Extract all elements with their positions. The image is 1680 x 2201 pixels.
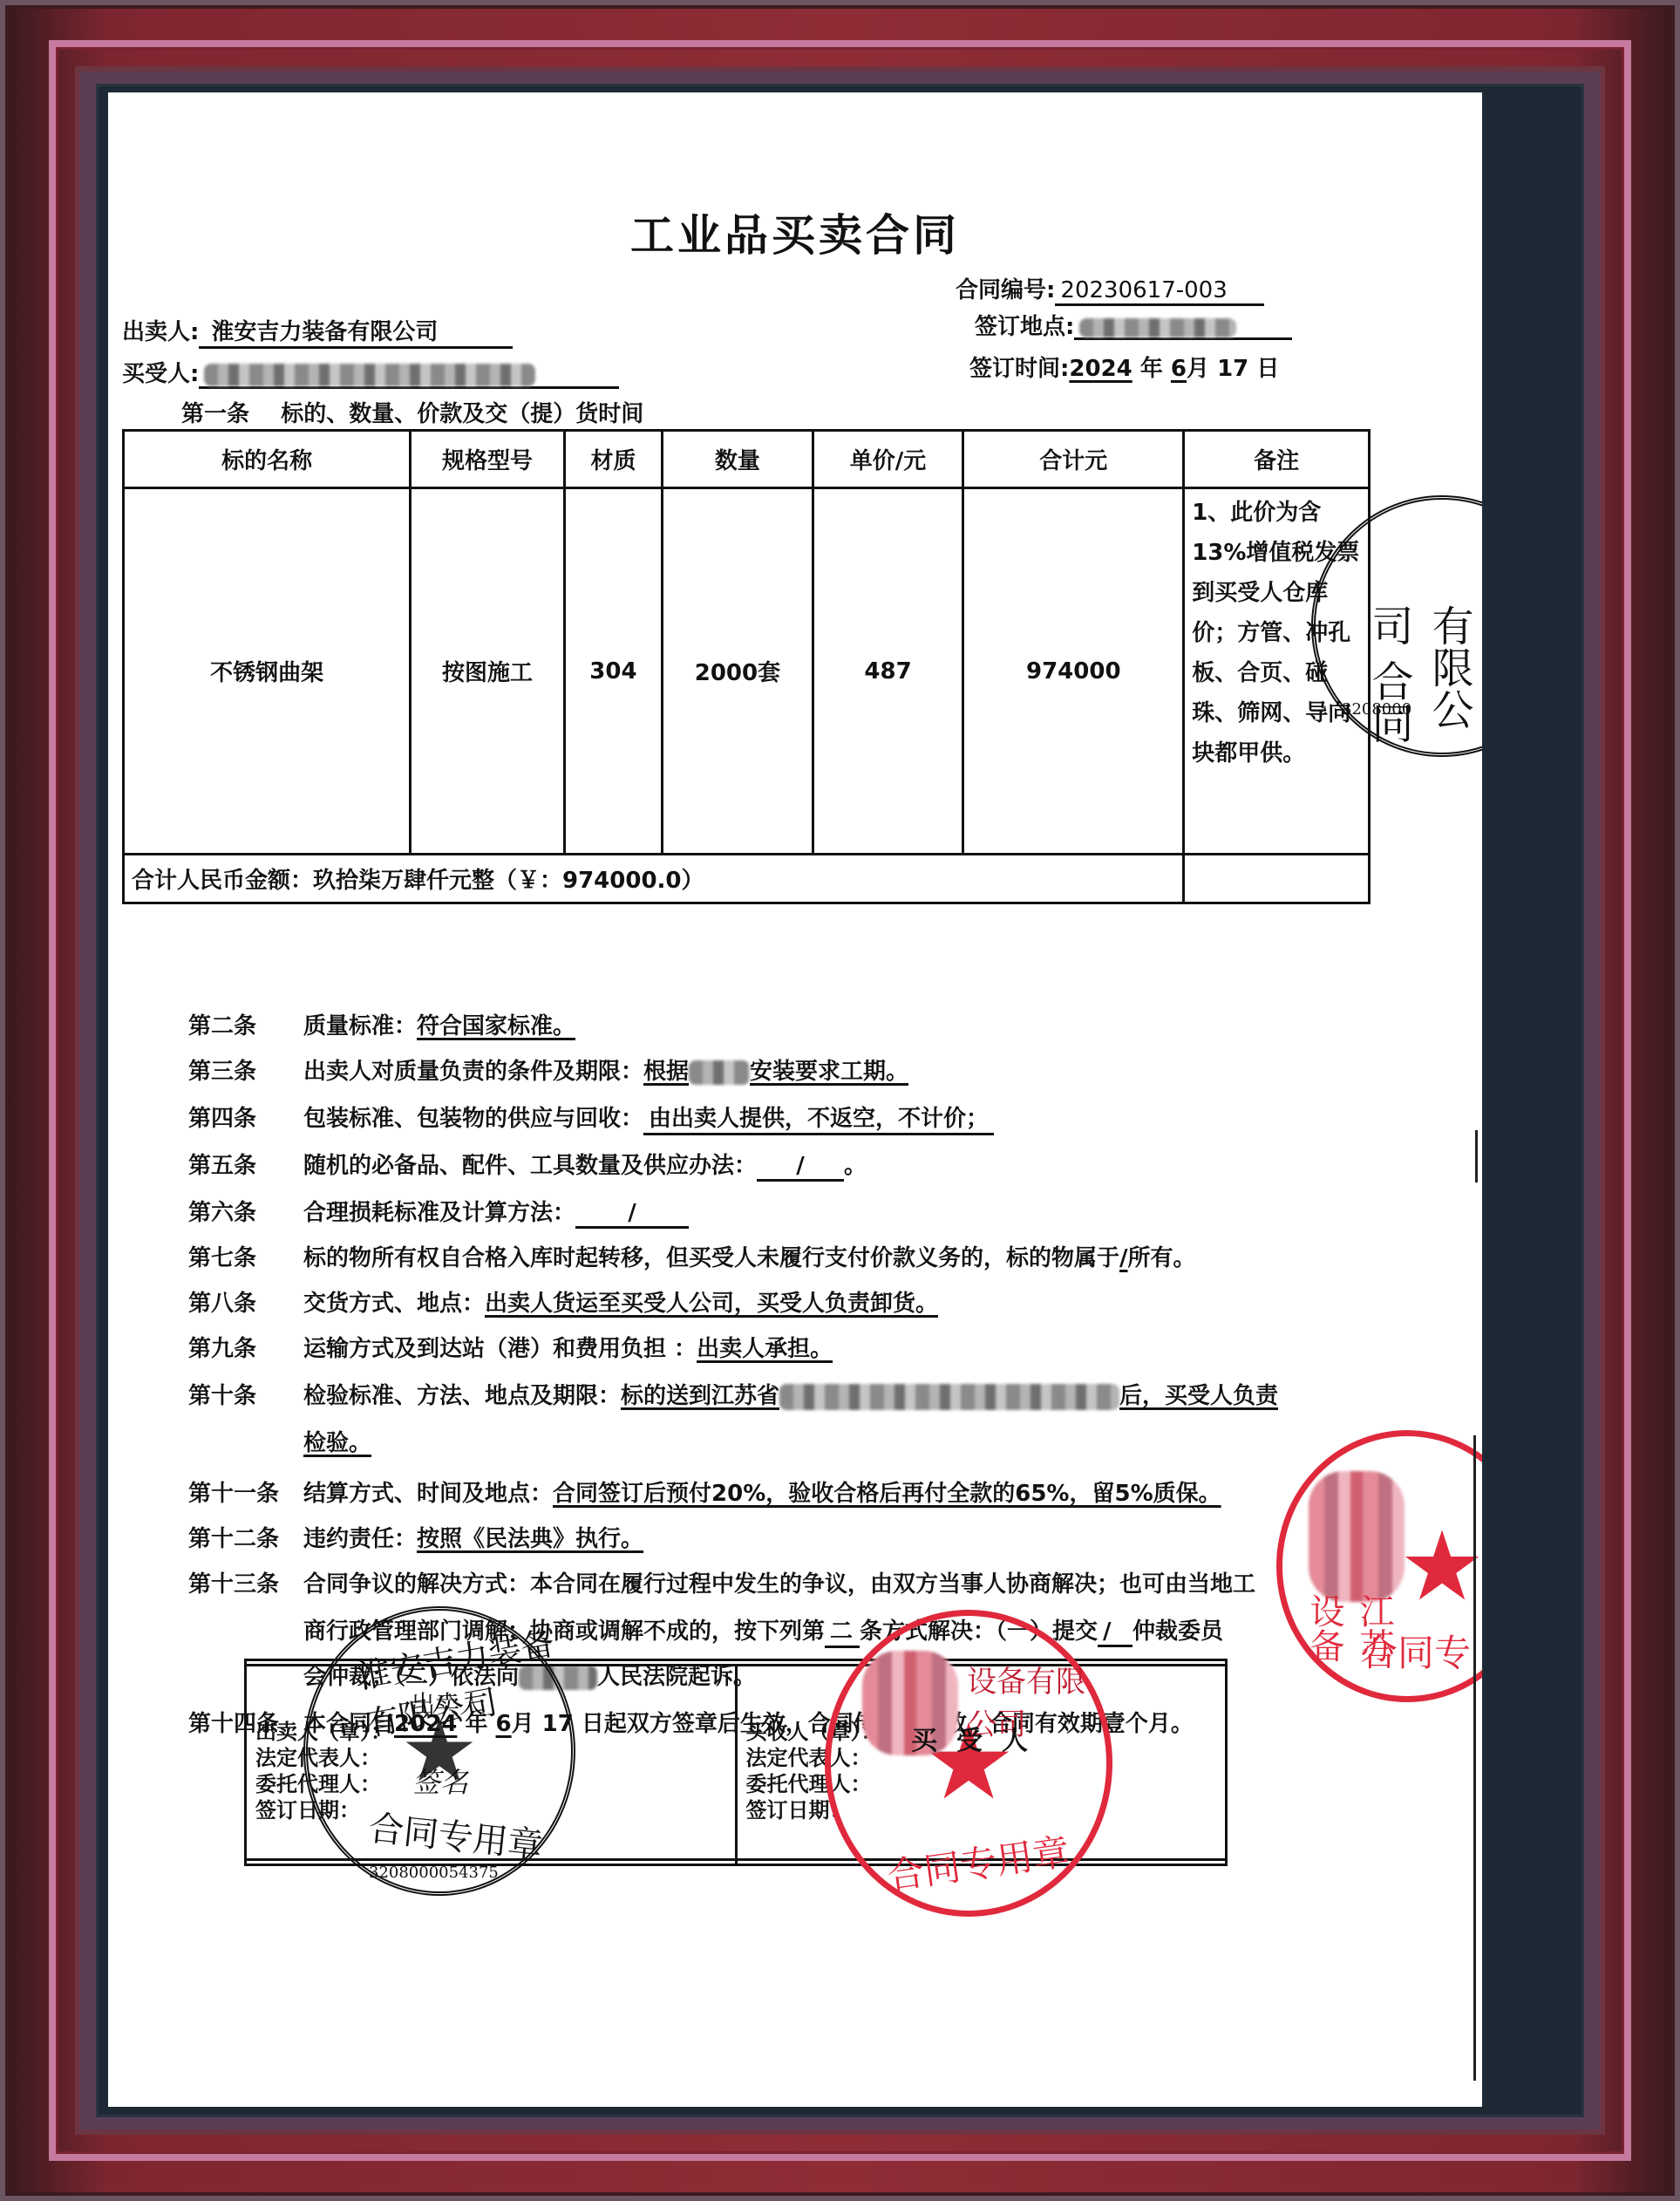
- seal-purpose-text: 合同专: [1361, 1625, 1471, 1677]
- clause-value: 按照《民法典》执行。: [417, 1526, 643, 1552]
- clause-value: 由出卖人提供，不返空，不计价；: [643, 1100, 994, 1135]
- clause-10-line2: 检验。: [188, 1425, 371, 1457]
- clause-label: 合理损耗标准及计算方法：: [303, 1200, 575, 1226]
- col-header-spec: 规格型号: [411, 431, 565, 488]
- seal-code: 3208000054375: [369, 1864, 499, 1882]
- contract-number-label: 合同编号:: [956, 277, 1055, 303]
- clause-value: /: [575, 1200, 689, 1229]
- col-header-unit-price: 单价/元: [813, 431, 963, 488]
- clause-value: 标的送到江苏省: [621, 1383, 779, 1409]
- sign-place: 签订地点:: [975, 309, 1292, 341]
- buyer-label: 买受人:: [122, 361, 199, 387]
- clause-number: 第十二条: [188, 1521, 303, 1553]
- clause-7: 第七条标的物所有权自合格入库时起转移，但买受人未履行支付价款义务的，标的物属于/…: [188, 1240, 1196, 1272]
- year-unit: 年: [1140, 356, 1163, 382]
- seal-role-text: 买受人: [911, 1719, 1047, 1757]
- clause-suffix: 。: [844, 1153, 867, 1179]
- buyer-name: [199, 361, 619, 389]
- contract-number: 合同编号:20230617-003: [956, 272, 1264, 306]
- clause-9: 第九条运输方式及到达站（港）和费用负担 ：出卖人承担。: [188, 1331, 833, 1363]
- cell-name: 不锈钢曲架: [124, 488, 411, 855]
- contract-number-value: 20230617-003: [1055, 277, 1264, 306]
- clause-label: 违约责任：: [303, 1526, 417, 1552]
- clause-number: 第七条: [188, 1240, 303, 1272]
- clause-number: 第三条: [188, 1053, 303, 1086]
- clause-value: 后，买受人负责: [1119, 1383, 1278, 1409]
- clause-11: 第十一条结算方式、时间及地点：合同签订后预付20%，验收合格后再付全款的65%，…: [188, 1475, 1221, 1508]
- clause-label: 随机的必备品、配件、工具数量及供应办法：: [303, 1153, 757, 1179]
- seal-purpose-text: 合同专用章: [884, 1823, 1072, 1901]
- clause-6: 第六条合理损耗标准及计算方法：/: [188, 1195, 689, 1229]
- total-note-empty: [1184, 855, 1370, 903]
- clause-value: /: [1119, 1245, 1128, 1271]
- clause-number: 第九条: [188, 1331, 303, 1363]
- document-title: 工业品买卖合同: [108, 201, 1482, 263]
- handwritten-signature: 签名: [412, 1761, 468, 1801]
- sign-place-value: [1074, 314, 1292, 340]
- redacted-block: [204, 364, 535, 386]
- sign-place-label: 签订地点:: [975, 314, 1074, 340]
- redacted-block: [1079, 318, 1236, 337]
- clause-text: 合同争议的解决方式：本合同在履行过程中发生的争议，由双方当事人协商解决；也可由当…: [303, 1571, 1255, 1598]
- clause-number: 第十条: [188, 1378, 303, 1410]
- seal-code: 3208000: [1342, 700, 1411, 719]
- clause-number: 第五条: [188, 1148, 303, 1180]
- clause-13-line2: 商行政管理部门调解；协商或调解不成的，按下列第二条方式解决：（一）提交/仲裁委员: [188, 1613, 1223, 1648]
- cell-unit-price: 487: [813, 488, 963, 855]
- col-header-note: 备注: [1184, 431, 1370, 488]
- redacted-block: [689, 1060, 750, 1085]
- clause-13: 第十三条合同争议的解决方式：本合同在履行过程中发生的争议，由双方当事人协商解决；…: [188, 1566, 1255, 1598]
- clause-1: 第一条 标的、数量、价款及交（提）货时间: [181, 396, 643, 428]
- sign-time-label: 签订时间:: [969, 356, 1069, 382]
- clause-label: 运输方式及到达站（港）和费用负担 ：: [303, 1336, 697, 1362]
- seal-purpose-text: 合同专用章: [367, 1801, 546, 1869]
- clause-value: 安装要求工期。: [750, 1059, 908, 1085]
- table-row: 不锈钢曲架 按图施工 304 2000套 487 974000 1、此价为含13…: [124, 488, 1370, 855]
- clause-value: /: [757, 1153, 844, 1182]
- clause-3: 第三条出卖人对质量负责的条件及期限：根据安装要求工期。: [188, 1053, 908, 1086]
- seller-label: 出卖人:: [122, 319, 199, 345]
- clause-number: 第十三条: [188, 1566, 303, 1598]
- sign-time: 签订时间:2024 年 6月 17 日: [969, 351, 1279, 383]
- clause-12: 第十二条违约责任：按照《民法典》执行。: [188, 1521, 643, 1553]
- sign-month: 6: [1171, 356, 1187, 382]
- goods-table: 标的名称 规格型号 材质 数量 单价/元 合计元 备注 不锈钢曲架 按图施工 3…: [122, 429, 1371, 904]
- cell-material: 304: [564, 488, 662, 855]
- sign-day: 17: [1217, 356, 1248, 382]
- clause-number: 第一条: [181, 401, 249, 427]
- cell-total: 974000: [963, 488, 1184, 855]
- cell-quantity: 2000套: [663, 488, 813, 855]
- scan-artifact-line: [1473, 1435, 1476, 2081]
- col-header-name: 标的名称: [124, 431, 411, 488]
- clause-value: 符合国家标准。: [417, 1013, 575, 1039]
- table-header-row: 标的名称 规格型号 材质 数量 单价/元 合计元 备注: [124, 431, 1370, 488]
- col-header-material: 材质: [564, 431, 662, 488]
- sign-year: 2024: [1069, 356, 1132, 382]
- clause-value: 出卖人承担。: [697, 1336, 833, 1362]
- clause-10: 第十条检验标准、方法、地点及期限：标的送到江苏省后，买受人负责: [188, 1378, 1278, 1410]
- seller-name: 淮安吉力装备有限公司: [199, 314, 513, 349]
- clause-label: 标的物所有权自合格入库时起转移，但买受人未履行支付价款义务的，标的物属于: [303, 1245, 1119, 1271]
- clause-label: 检验标准、方法、地点及期限：: [303, 1383, 621, 1409]
- seal-star-icon: ★: [1399, 1518, 1482, 1614]
- clause-value: 出卖人货运至买受人公司，买受人负责卸货。: [485, 1291, 938, 1317]
- seal-role-text: 出卖人: [411, 1686, 484, 1721]
- table-total-row: 合计人民币金额：玖拾柒万肆仟元整（￥：974000.0）: [124, 855, 1370, 903]
- scan-artifact-line: [1475, 1130, 1478, 1182]
- clause-number: 第十一条: [188, 1475, 303, 1508]
- clause-suffix: 所有。: [1128, 1245, 1196, 1271]
- month-unit: 月: [1187, 356, 1209, 382]
- clause-text: 仲裁委员: [1132, 1618, 1223, 1645]
- third-party-seal: ★ 江苏 设备 合同专: [1276, 1430, 1482, 1702]
- clause-text: 标的、数量、价款及交（提）货时间: [281, 401, 643, 427]
- redacted-block: [779, 1384, 1119, 1410]
- clause-number: 第六条: [188, 1195, 303, 1227]
- clause-label: 质量标准：: [303, 1013, 417, 1039]
- total-amount: 合计人民币金额：玖拾柒万肆仟元整（￥：974000.0）: [124, 855, 1184, 903]
- clause-value: 检验。: [303, 1430, 371, 1456]
- seller-line: 出卖人:淮安吉力装备有限公司: [122, 314, 513, 349]
- clause-value: 根据: [643, 1059, 689, 1085]
- clause-number: 第二条: [188, 1008, 303, 1040]
- clause-8: 第八条交货方式、地点：出卖人货运至买受人公司，买受人负责卸货。: [188, 1285, 938, 1318]
- buyer-seal: ★ 设备有限公司 买受人 合同专用章: [825, 1610, 1112, 1917]
- day-unit: 日: [1256, 356, 1279, 382]
- clause-label: 交货方式、地点：: [303, 1291, 485, 1317]
- clause-number: 第八条: [188, 1285, 303, 1318]
- seller-seal: ★ 淮安吉力装备有限公司 出卖人 签名 合同专用章 3208000054375: [303, 1606, 575, 1896]
- seal-company-text: 淮安吉力装备有限公司: [353, 1614, 577, 1745]
- clause-5: 第五条随机的必备品、配件、工具数量及供应办法：/。: [188, 1148, 867, 1182]
- col-header-quantity: 数量: [663, 431, 813, 488]
- seal-text: 淮安吉力装备有限公司 合同: [1359, 604, 1482, 753]
- clause-label: 出卖人对质量负责的条件及期限：: [303, 1059, 643, 1085]
- clause-2: 第二条质量标准：符合国家标准。: [188, 1008, 575, 1040]
- clause-4: 第四条包装标准、包装物的供应与回收：由出卖人提供，不返空，不计价；: [188, 1100, 994, 1135]
- clause-fill: /: [1098, 1618, 1132, 1647]
- clause-label: 结算方式、时间及地点：: [303, 1481, 553, 1507]
- cell-spec: 按图施工: [411, 488, 565, 855]
- clause-number: 第四条: [188, 1100, 303, 1133]
- clause-value: 合同签订后预付20%，验收合格后再付全款的65%，留5%质保。: [553, 1481, 1221, 1507]
- clause-fill: 二: [825, 1613, 860, 1648]
- contract-document: 工业品买卖合同 合同编号:20230617-003 签订地点: 签订时间:202…: [108, 92, 1482, 2107]
- clause-label: 包装标准、包装物的供应与回收：: [303, 1106, 643, 1132]
- redacted-seal-text: [1309, 1471, 1405, 1602]
- buyer-line: 买受人:: [122, 356, 619, 389]
- col-header-total: 合计元: [963, 431, 1184, 488]
